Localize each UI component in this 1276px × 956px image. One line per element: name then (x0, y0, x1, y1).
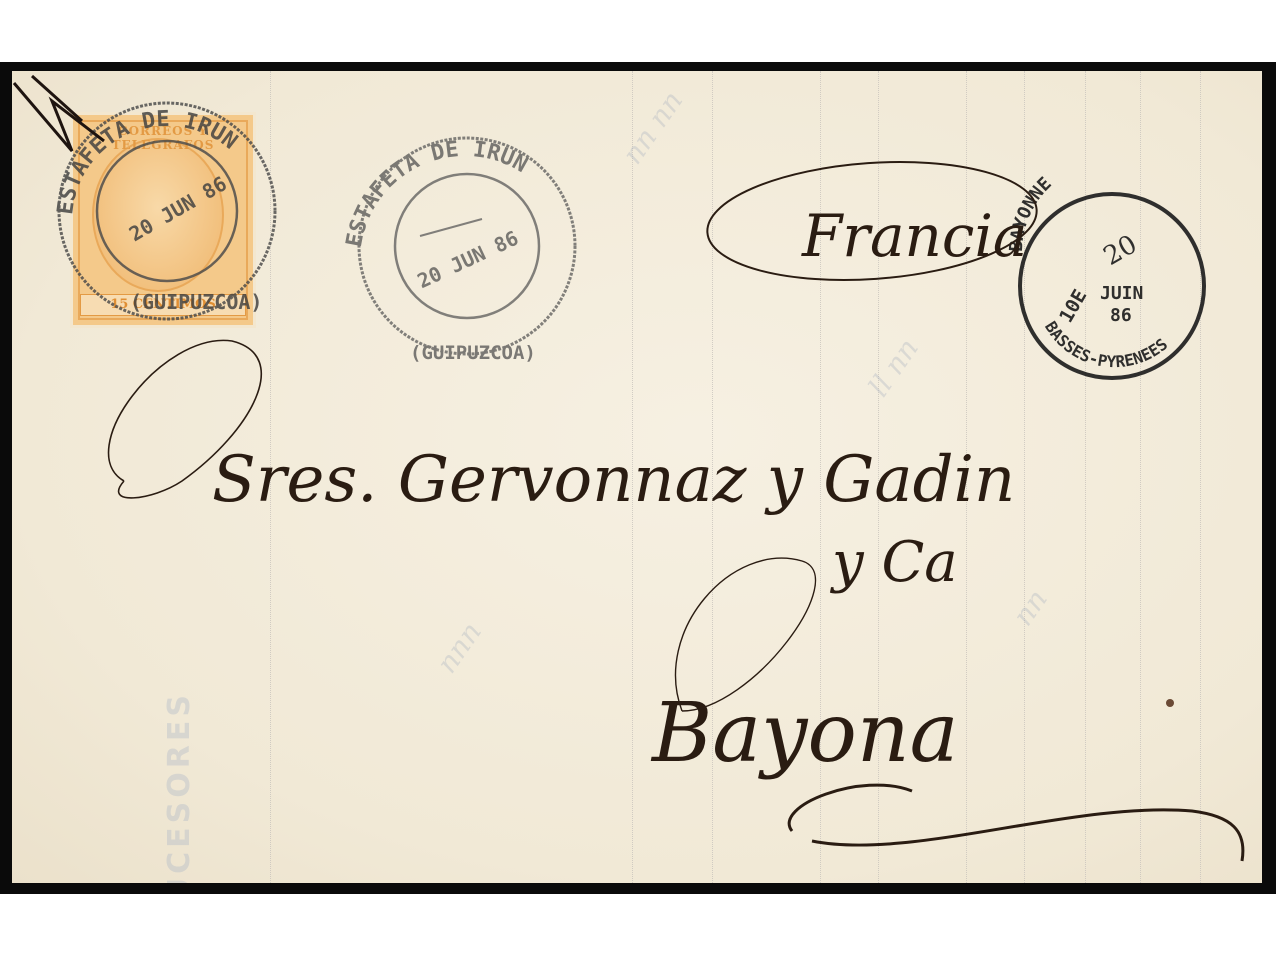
svg-text:10E: 10E (1055, 286, 1091, 327)
svg-text:20 JUN 86: 20 JUN 86 (414, 226, 522, 294)
svg-text:(GUIPUZCOA): (GUIPUZCOA) (130, 290, 262, 314)
svg-text:Francia: Francia (801, 202, 1028, 270)
svg-text:JUIN: JUIN (1100, 283, 1143, 304)
postmark-irun-on-stamp: ESTAFETA DE IRUN 20 JUN 86 (GUIPUZCOA) (53, 103, 275, 319)
markings-layer: ESTAFETA DE IRUN 20 JUN 86 (GUIPUZCOA) E… (12, 71, 1262, 883)
svg-text:Sres. Gervonnaz y Gadin: Sres. Gervonnaz y Gadin (212, 443, 1015, 517)
address-block: Sres. Gervonnaz y Gadin y Ca Bayona (109, 340, 1243, 861)
route-annotation: Francia (703, 152, 1040, 291)
svg-text:(GUIPUZCOA): (GUIPUZCOA) (410, 342, 536, 364)
svg-text:20 JUN 86: 20 JUN 86 (125, 171, 231, 246)
postmark-irun: ESTAFETA DE IRUN 20 JUN 86 (GUIPUZCOA) (342, 137, 575, 364)
letter-paper: SUCESORES nn nn ll nn nnn nn CORREOS Y T… (12, 71, 1262, 883)
svg-text:20: 20 (1099, 229, 1143, 272)
svg-text:86: 86 (1110, 305, 1132, 326)
document-frame: SUCESORES nn nn ll nn nnn nn CORREOS Y T… (0, 62, 1276, 894)
svg-text:Bayona: Bayona (650, 686, 959, 781)
ink-spot (1166, 699, 1174, 707)
svg-text:y Ca: y Ca (829, 530, 958, 595)
